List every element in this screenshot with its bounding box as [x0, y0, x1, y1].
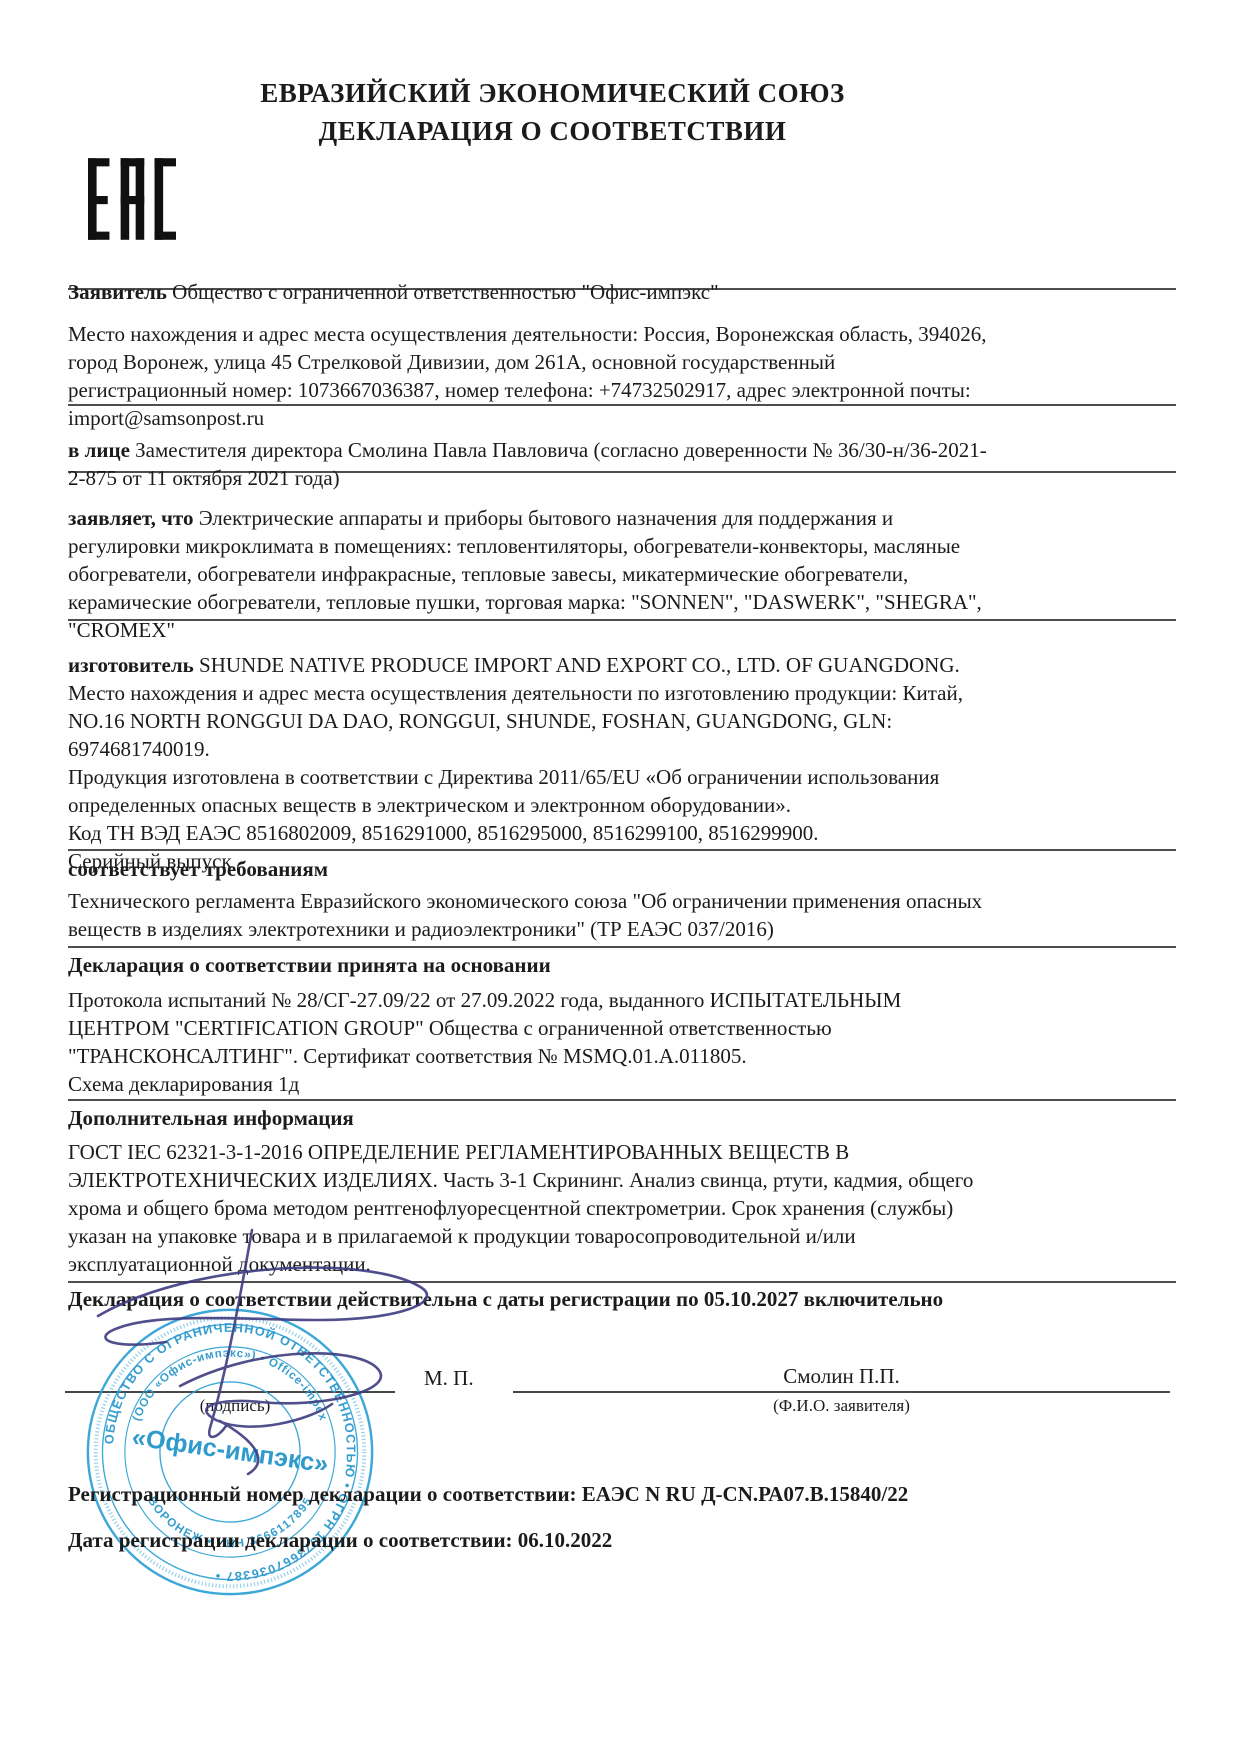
separator-rule — [68, 1099, 1176, 1101]
declaration-document: ЕВРАЗИЙСКИЙ ЭКОНОМИЧЕСКИЙ СОЮЗ ДЕКЛАРАЦИ… — [0, 0, 1241, 1754]
declares-label: заявляет, что — [68, 506, 193, 530]
basis-header: Декларация о соответствии принята на осн… — [68, 951, 1180, 979]
stamp-center-text: «Офис-импэкс» — [130, 1423, 330, 1478]
manufacturer-label: изготовитель — [68, 653, 194, 677]
separator-rule — [68, 946, 1176, 948]
registration-date: Дата регистрации декларации о соответств… — [68, 1526, 1180, 1554]
manufacturer-text: SHUNDE NATIVE PRODUCE IMPORT AND EXPORT … — [68, 653, 963, 873]
stamp-seal-icon: ОБЩЕСТВО С ОГРАНИЧЕННОЙ ОТВЕТСТВЕННОСТЬЮ… — [84, 1306, 376, 1598]
section-declares: заявляет, что Электрические аппараты и п… — [68, 476, 1180, 644]
additional-info-header: Дополнительная информация — [68, 1104, 1180, 1132]
section-manufacturer: изготовитель SHUNDE NATIVE PRODUCE IMPOR… — [68, 623, 1180, 875]
additional-info-text: ГОСТ IEC 62321-3-1-2016 ОПРЕДЕЛЕНИЕ РЕГЛ… — [68, 1138, 1180, 1278]
eac-mark-logo — [88, 156, 176, 242]
meets-requirements-text: Технического регламента Евразийского эко… — [68, 887, 1180, 943]
signature-caption: (подпись) — [130, 1396, 340, 1416]
title-union: ЕВРАЗИЙСКИЙ ЭКОНОМИЧЕСКИЙ СОЮЗ — [70, 74, 1035, 112]
signer-name-line — [513, 1391, 1170, 1393]
document-title: ЕВРАЗИЙСКИЙ ЭКОНОМИЧЕСКИЙ СОЮЗ ДЕКЛАРАЦИ… — [70, 74, 1035, 150]
basis-text: Протокола испытаний № 28/СГ-27.09/22 от … — [68, 986, 1180, 1098]
title-declaration: ДЕКЛАРАЦИЯ О СООТВЕТСТВИИ — [70, 112, 1035, 150]
eac-mark-icon — [88, 156, 176, 242]
declares-text: Электрические аппараты и приборы бытовог… — [68, 506, 982, 642]
stamp-place-abbr: М. П. — [424, 1364, 474, 1392]
name-caption: (Ф.И.О. заявителя) — [513, 1396, 1170, 1416]
company-round-stamp: ОБЩЕСТВО С ОГРАНИЧЕННОЙ ОТВЕТСТВЕННОСТЬЮ… — [84, 1306, 376, 1598]
represented-by-label: в лице — [68, 438, 130, 462]
meets-requirements-header: соответствует требованиям — [68, 855, 1180, 883]
signer-name: Смолин П.П. — [513, 1362, 1170, 1390]
validity-statement: Декларация о соответствии действительна … — [68, 1285, 1180, 1313]
registration-number: Регистрационный номер декларации о соотв… — [68, 1480, 1180, 1508]
separator-rule — [68, 1281, 1176, 1283]
